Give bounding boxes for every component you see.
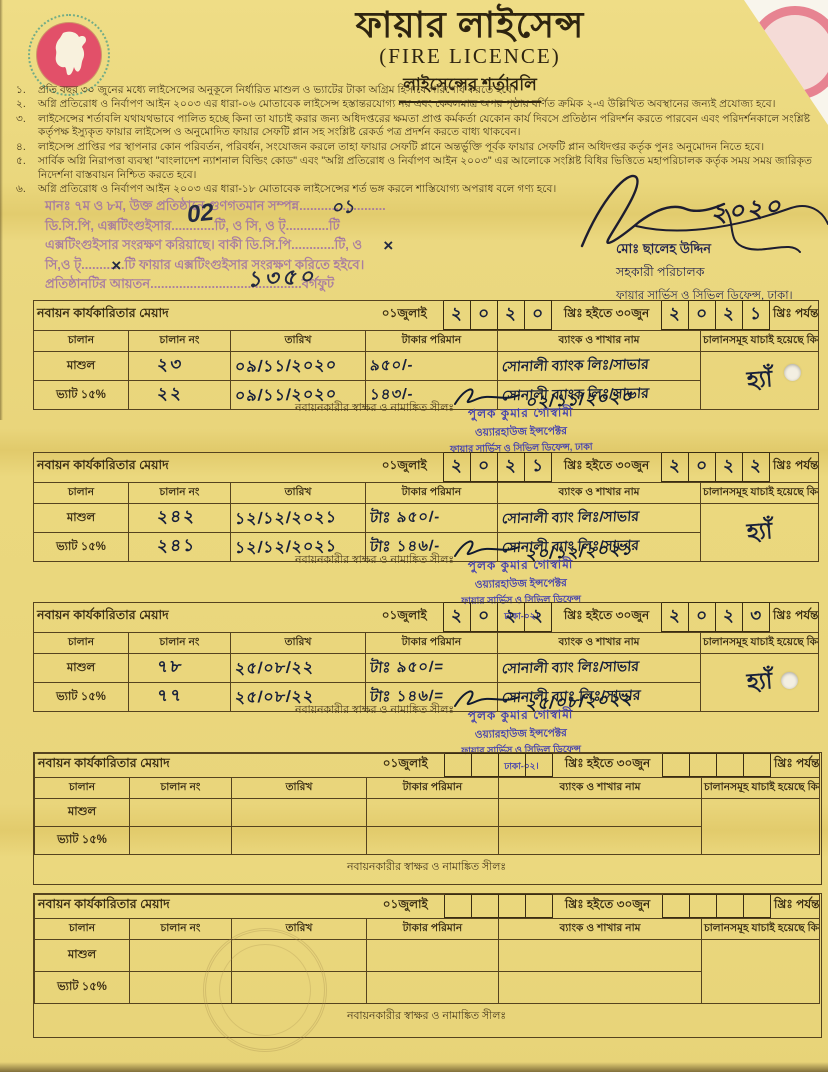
row-label-fee: মাশুল	[34, 504, 129, 533]
condition-text: লাইসেন্স প্রাপ্তির পর স্থাপনার কোন পরিবর…	[38, 141, 822, 155]
cell-verified	[702, 799, 820, 855]
col-challan: চালান	[34, 483, 129, 504]
cell-bank: সোনালী ব্যাংক লিঃ/সাভার	[498, 352, 701, 381]
year-digit-box	[526, 895, 553, 918]
cell-date	[232, 799, 367, 827]
col-date: তারিখ	[231, 483, 366, 504]
year-digit: ২	[504, 301, 517, 329]
condition-item: ১.প্রতি বছর ৩০ জুনের মধ্যে লাইসেন্সের অন…	[10, 84, 822, 98]
inspection-stamp-block: মানঃ ৭ম ও ৮ম, উক্ত প্রতিষ্ঠানে গুণগতমান …	[45, 196, 445, 294]
renewal-block-4: নবায়ন কার্যকারিতার মেয়াদ ০১জুলাই খ্রিঃ…	[33, 752, 822, 885]
year-digit-box	[499, 754, 526, 777]
year-digit: ২	[504, 603, 517, 631]
fire-licence-document: ফায়ার লাইসেন্স (FIRE LICENCE) লাইসেন্সে…	[0, 0, 828, 1072]
renewal-period-row: নবায়ন কার্যকারিতার মেয়াদ ০১জুলাই ২ ০ ২…	[33, 602, 819, 632]
year-digit-box: ০	[689, 453, 716, 482]
col-verified: চালানসমূহ যাচাই হয়েছে কিনা	[702, 919, 820, 940]
year-digit-box: ৩	[743, 603, 770, 632]
renewal-block-2: নবায়ন কার্যকারিতার মেয়াদ ০১জুলাই ২ ০ ২…	[33, 452, 820, 562]
period-from-label: ০১জুলাই	[367, 895, 445, 918]
year-digit-box: ২	[444, 603, 471, 632]
col-bank: ব্যাংক ও শাখার নাম	[499, 778, 702, 799]
handwritten-area-sqft: ১৩৫০	[247, 266, 317, 289]
year-digit-box: ১	[743, 301, 770, 330]
year-digit-box: ২	[716, 603, 743, 632]
handwritten-value: ৭৮	[156, 654, 185, 682]
year-digit: ২	[450, 603, 463, 631]
scan-edge-shadow	[0, 0, 3, 420]
renewal-block-3: নবায়ন কার্যকারিতার মেয়াদ ০১জুলাই ২ ০ ২…	[33, 602, 820, 712]
cell-bank: সোনালী ব্যাং লিঃ/সাভার	[498, 654, 701, 683]
renewal-period-row: নবায়ন কার্যকারিতার মেয়াদ ০১জুলাই ২ ০ ২…	[33, 452, 819, 482]
col-date: তারিখ	[231, 331, 366, 352]
col-date: তারিখ	[231, 633, 366, 654]
col-challan-no: চালান নং	[130, 919, 232, 940]
renewal-block-1: নবায়ন কার্যকারিতার মেয়াদ ০১জুলাই ২ ০ ২…	[33, 300, 820, 410]
cell-amount: টাঃ ৯৫০/-	[366, 504, 498, 533]
handwritten-value: ০৯/১১/২০২০	[234, 352, 339, 381]
year-digit-box	[690, 754, 717, 777]
col-amount: টাকার পরিমান	[366, 483, 498, 504]
period-mid-label: খ্রিঃ হইতে ৩০জুন	[553, 754, 663, 777]
stamp-line: ডি.সি.পি, এক্সটিংগুইসার............টি, ও…	[45, 216, 445, 236]
row-label-fee: মাশুল	[35, 799, 130, 827]
handwritten-co2-remaining: ×	[111, 256, 121, 276]
condition-number: ৫.	[10, 155, 38, 183]
embossed-seal-icon	[203, 928, 327, 1052]
period-label: নবায়ন কার্যকারিতার মেয়াদ	[34, 453, 366, 482]
year-digit-box: ০	[471, 301, 498, 330]
col-amount: টাকার পরিমান	[366, 331, 498, 352]
year-digit: ০	[695, 603, 708, 631]
col-challan-no: চালান নং	[129, 483, 231, 504]
condition-item: ৩.লাইসেন্সের শর্তাবলি যথাযথভাবে পালিত হচ…	[10, 113, 822, 141]
col-challan: চালান	[35, 778, 130, 799]
year-digit: ২	[722, 453, 735, 481]
inspector-stamp: পুলক কুমার গোস্বামী ওয়্যারহাউজ ইন্সপেক্…	[401, 403, 642, 459]
cell-date: ২৫/০৮/২২	[231, 654, 366, 683]
col-verified: চালানসমূহ যাচাই হয়েছে কিনা	[701, 483, 819, 504]
stamp-line: সি,ও ট্............টি ফায়ার এক্সটিংগুইস…	[45, 255, 445, 275]
handwritten-value: সোনালী ব্যাং লিঃ/সাভার	[501, 505, 640, 531]
row-label-fee: মাশুল	[34, 352, 129, 381]
cell-amount: ৯৫০/-	[366, 352, 498, 381]
year-digit-box: ২	[716, 301, 743, 330]
col-amount: টাকার পরিমান	[366, 633, 498, 654]
period-to-label: খ্রিঃ পর্যন্ত	[771, 895, 820, 918]
year-digit: ০	[695, 301, 708, 329]
year-digit-box: ২	[498, 603, 525, 632]
approver-name: মোঃ ছালেহ উদ্দিন	[616, 240, 793, 261]
renewer-sign-area: নবায়নকারীর স্বাক্ষর ও নামাঙ্কিত সীলঃ	[34, 998, 819, 1034]
condition-number: ২.	[10, 98, 38, 112]
sign-caption: নবায়নকারীর স্বাক্ষর ও নামাঙ্কিত সীলঃ	[34, 1007, 819, 1026]
renewer-sign-area: নবায়নকারীর স্বাক্ষর ও নামাঙ্কিত সীলঃ ০২…	[33, 390, 818, 452]
cell-bank	[499, 799, 702, 827]
year-digit-box: ২	[498, 453, 525, 482]
col-bank: ব্যাংক ও শাখার নাম	[498, 331, 701, 352]
period-mid-label: খ্রিঃ হইতে ৩০জুন	[552, 603, 662, 632]
year-digit: ০	[531, 301, 544, 329]
year-digit: ১	[750, 301, 763, 329]
year-digit-box	[663, 754, 690, 777]
year-digit: ২	[668, 301, 681, 329]
year-digit-box	[717, 895, 744, 918]
approver-designation: সহকারী পরিচালক	[616, 264, 793, 284]
col-challan: চালান	[35, 919, 130, 940]
year-digit-box: ২	[498, 301, 525, 330]
stamp-line: প্রতিষ্ঠানটির আয়তন.....................…	[45, 274, 445, 294]
col-date: তারিখ	[232, 778, 367, 799]
year-digit: ০	[477, 301, 490, 329]
renewal-grid: চালান চালান নং তারিখ টাকার পরিমান ব্যাংক…	[34, 777, 820, 855]
col-amount: টাকার পরিমান	[367, 919, 499, 940]
handwritten-value: সোনালী ব্যাং লিঃ/সাভার	[501, 655, 640, 681]
renewal-period-row: নবায়ন কার্যকারিতার মেয়াদ ০১জুলাই খ্রিঃ…	[34, 894, 820, 918]
year-digit-box: ২	[525, 603, 552, 632]
year-digit-box: ২	[662, 301, 689, 330]
col-bank: ব্যাংক ও শাখার নাম	[499, 919, 702, 940]
period-mid-label: খ্রিঃ হইতে ৩০জুন	[552, 301, 662, 330]
period-to-label: খ্রিঃ পর্যন্ত	[771, 754, 820, 777]
condition-text: প্রতি বছর ৩০ জুনের মধ্যে লাইসেন্সের অনুক…	[38, 84, 822, 98]
year-digit-box: ২	[716, 453, 743, 482]
year-digit: ২	[531, 603, 544, 631]
year-digit: ২	[668, 453, 681, 481]
title-english: (FIRE LICENCE)	[250, 44, 690, 69]
handwritten-value: টাঃ ৯৫০/=	[369, 655, 445, 681]
handwritten-value: ২৪২	[156, 504, 198, 533]
col-verified: চালানসমূহ যাচাই হয়েছে কিনা	[701, 331, 819, 352]
col-challan-no: চালান নং	[129, 633, 231, 654]
year-digit: ২	[504, 453, 517, 481]
cell-challan-no	[130, 799, 232, 827]
year-digit: ২	[722, 301, 735, 329]
handwritten-dcp-count: 02	[186, 203, 215, 225]
period-mid-label: খ্রিঃ হইতে ৩০জুন	[553, 895, 663, 918]
row-label-fee: মাশুল	[35, 940, 130, 972]
year-digit: ২	[450, 453, 463, 481]
period-to-label: খ্রিঃ পর্যন্ত	[770, 603, 819, 632]
year-digit-box	[663, 895, 690, 918]
year-digit-box	[472, 895, 499, 918]
sign-caption: নবায়নকারীর স্বাক্ষর ও নামাঙ্কিত সীলঃ	[34, 858, 819, 877]
cell-challan-no: ৭৮	[129, 654, 231, 683]
row-label-fee: মাশুল	[34, 654, 129, 683]
period-label: নবায়ন কার্যকারিতার মেয়াদ	[35, 754, 367, 777]
handwritten-dcp-remaining: ×	[383, 236, 393, 256]
year-digit-box	[717, 754, 744, 777]
renewer-sign-area: নবায়নকারীর স্বাক্ষর ও নামাঙ্কিত সীলঃ	[34, 849, 819, 883]
year-digit-box	[499, 895, 526, 918]
stamp-line: মানঃ ৭ম ও ৮ম, উক্ত প্রতিষ্ঠানে গুণগতমান …	[45, 196, 445, 216]
period-to-label: খ্রিঃ পর্যন্ত	[770, 301, 819, 330]
cell-amount	[367, 940, 499, 972]
renewal-period-row: নবায়ন কার্যকারিতার মেয়াদ ০১জুলাই খ্রিঃ…	[34, 753, 820, 777]
approver-sign-date: ২০২০	[708, 186, 786, 238]
handwritten-co2-count: ০১	[330, 197, 355, 218]
cell-verified	[702, 940, 820, 1004]
year-digit-box: ২	[444, 453, 471, 482]
handwritten-value: ১২/১২/২০২১	[234, 504, 339, 533]
year-digit: ৩	[749, 603, 762, 631]
col-amount: টাকার পরিমান	[367, 778, 499, 799]
renewal-period-row: নবায়ন কার্যকারিতার মেয়াদ ০১জুলাই ২ ০ ২…	[33, 300, 819, 330]
period-label: নবায়ন কার্যকারিতার মেয়াদ	[35, 895, 367, 918]
condition-number: ৬.	[10, 183, 38, 197]
year-digit: ০	[695, 453, 708, 481]
handwritten-value: ২৫/০৮/২২	[234, 654, 316, 682]
year-digit-box: ২	[662, 603, 689, 632]
year-digit: ২	[450, 301, 463, 329]
col-challan: চালান	[34, 331, 129, 352]
condition-number: ৩.	[10, 113, 38, 141]
year-digit-box	[690, 895, 717, 918]
handwritten-value: ২৩	[156, 352, 185, 380]
col-bank: ব্যাংক ও শাখার নাম	[498, 633, 701, 654]
year-digit-box: ০	[525, 301, 552, 330]
year-digit-box: ০	[471, 603, 498, 632]
condition-text: অগ্নি প্রতিরোধ ও নির্বাপণ আইন ২০০৩ এর ধা…	[38, 98, 822, 112]
renewal-block-5: নবায়ন কার্যকারিতার মেয়াদ ০১জুলাই খ্রিঃ…	[33, 893, 822, 1038]
period-label: নবায়ন কার্যকারিতার মেয়াদ	[34, 603, 366, 632]
year-digit-box	[744, 895, 771, 918]
period-from-label: ০১জুলাই	[366, 301, 444, 330]
punch-hole	[781, 672, 798, 689]
year-digit-box: ০	[689, 301, 716, 330]
cell-challan-no: ২৪২	[129, 504, 231, 533]
condition-text: লাইসেন্সের শর্তাবলি যথাযথভাবে পালিত হচ্ছ…	[38, 113, 822, 141]
condition-number: ৪.	[10, 141, 38, 155]
year-digit-box	[526, 754, 553, 777]
renewer-sign-area: নবায়নকারীর স্বাক্ষর ও নামাঙ্কিত সীলঃ ২০…	[33, 542, 818, 602]
year-digit-box	[472, 754, 499, 777]
col-challan: চালান	[34, 633, 129, 654]
handwritten-value: টাঃ ৯৫০/-	[369, 505, 441, 531]
year-digit: ২	[749, 453, 762, 481]
cell-bank: সোনালী ব্যাং লিঃ/সাভার	[498, 504, 701, 533]
year-digit: ২	[722, 603, 735, 631]
col-verified: চালানসমূহ যাচাই হয়েছে কিনা	[702, 778, 820, 799]
year-digit-box	[744, 754, 771, 777]
period-label: নবায়ন কার্যকারিতার মেয়াদ	[34, 301, 366, 330]
col-challan-no: চালান নং	[130, 778, 232, 799]
year-digit-box: ২	[743, 453, 770, 482]
condition-number: ১.	[10, 84, 38, 98]
year-digit-box: ২	[444, 301, 471, 330]
year-digit-box	[445, 754, 472, 777]
year-digit-box	[445, 895, 472, 918]
cell-date: ১২/১২/২০২১	[231, 504, 366, 533]
period-from-label: ০১জুলাই	[367, 754, 445, 777]
condition-item: ৪.লাইসেন্স প্রাপ্তির পর স্থাপনার কোন পরি…	[10, 141, 822, 155]
handwritten-value: ৯৫০/-	[369, 353, 415, 379]
cell-amount: টাঃ ৯৫০/=	[366, 654, 498, 683]
scan-bottom-shadow	[0, 1062, 828, 1072]
cell-bank	[499, 940, 702, 972]
period-from-label: ০১জুলাই	[366, 603, 444, 632]
cell-amount	[367, 799, 499, 827]
punch-hole	[784, 364, 801, 381]
col-verified: চালানসমূহ যাচাই হয়েছে কিনা	[701, 633, 819, 654]
year-digit: ২	[668, 603, 681, 631]
col-challan-no: চালান নং	[129, 331, 231, 352]
year-digit: ০	[477, 603, 490, 631]
condition-item: ২.অগ্নি প্রতিরোধ ও নির্বাপণ আইন ২০০৩ এর …	[10, 98, 822, 112]
year-digit-box: ০	[689, 603, 716, 632]
handwritten-value: সোনালী ব্যাংক লিঃ/সাভার	[501, 353, 650, 380]
approver-identity: মোঃ ছালেহ উদ্দিন সহকারী পরিচালক ফায়ার স…	[616, 240, 793, 306]
bangladesh-map-icon	[37, 23, 101, 87]
cell-date: ০৯/১১/২০২০	[231, 352, 366, 381]
year-digit-box: ১	[525, 453, 552, 482]
period-from-label: ০১জুলাই	[366, 453, 444, 482]
period-to-label: খ্রিঃ পর্যন্ত	[770, 453, 819, 482]
year-digit: ১	[532, 453, 545, 481]
title-bengali: ফায়ার লাইসেন্স	[250, 6, 690, 44]
year-digit-box: ২	[662, 453, 689, 482]
renewal-grid: চালান চালান নং তারিখ টাকার পরিমান ব্যাংক…	[34, 918, 820, 1004]
year-digit: ০	[477, 453, 490, 481]
year-digit-box: ০	[471, 453, 498, 482]
renewer-sign-area: নবায়নকারীর স্বাক্ষর ও নামাঙ্কিত সীলঃ ২৫…	[33, 692, 818, 752]
cell-challan-no: ২৩	[129, 352, 231, 381]
period-mid-label: খ্রিঃ হইতে ৩০জুন	[552, 453, 662, 482]
col-bank: ব্যাংক ও শাখার নাম	[498, 483, 701, 504]
